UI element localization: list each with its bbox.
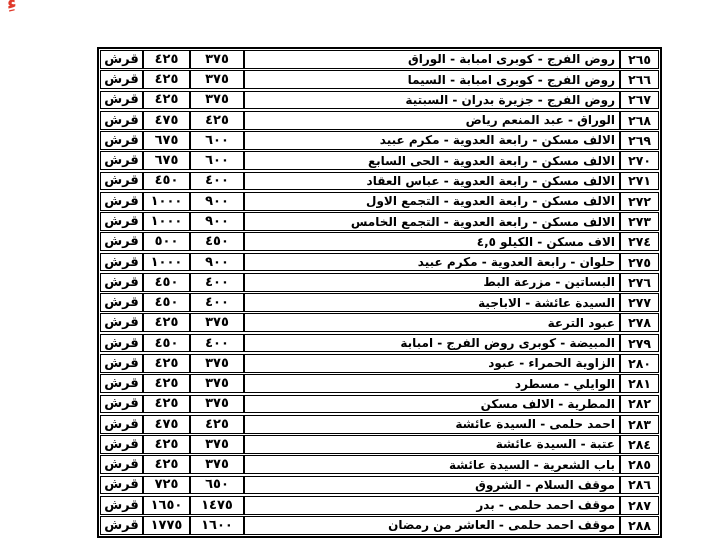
fare-lower-cell: ٣٧٥	[190, 91, 244, 110]
table-row: ٢٨١الوايلي - مسطرد٣٧٥٤٢٥قرش	[100, 374, 659, 393]
route-number-cell: ٢٧٦	[620, 273, 659, 292]
route-name-cell: باب الشعرية - السيدة عائشة	[244, 455, 620, 474]
table-row: ٢٦٨الوراق - عبد المنعم رياض٤٢٥٤٧٥قرش	[100, 111, 659, 130]
fare-lower-cell: ٤٠٠	[190, 172, 244, 191]
fare-higher-cell: ٤٥٠	[143, 334, 190, 353]
route-number-cell: ٢٧٨	[620, 313, 659, 332]
table-row: ٢٧١الالف مسكن - رابعة العدوية - عباس الع…	[100, 172, 659, 191]
route-name-cell: الالف مسكن - رابعة العدوية - عباس العقاد	[244, 172, 620, 191]
route-name-cell: روض الفرج - كوبرى امبابة - السيما	[244, 70, 620, 89]
fare-lower-cell: ٣٧٥	[190, 50, 244, 69]
route-number-cell: ٢٦٩	[620, 131, 659, 150]
route-number-cell: ٢٨٢	[620, 395, 659, 414]
fare-unit-cell: قرش	[100, 50, 143, 69]
fare-unit-cell: قرش	[100, 151, 143, 170]
route-number-cell: ٢٨١	[620, 374, 659, 393]
fare-higher-cell: ١٠٠٠	[143, 192, 190, 211]
fare-unit-cell: قرش	[100, 70, 143, 89]
fare-unit-cell: قرش	[100, 455, 143, 474]
fare-unit-cell: قرش	[100, 395, 143, 414]
fare-higher-cell: ٤٢٥	[143, 313, 190, 332]
table-row: ٢٨٠الزاوية الحمراء - عبود٣٧٥٤٢٥قرش	[100, 354, 659, 373]
route-number-cell: ٢٧٩	[620, 334, 659, 353]
table-row: ٢٦٩الالف مسكن - رابعة العدوية - مكرم عبي…	[100, 131, 659, 150]
fare-lower-cell: ٤٢٥	[190, 415, 244, 434]
fare-lower-cell: ٣٧٥	[190, 374, 244, 393]
route-number-cell: ٢٧٧	[620, 293, 659, 312]
route-number-cell: ٢٨٠	[620, 354, 659, 373]
route-name-cell: الزاوية الحمراء - عبود	[244, 354, 620, 373]
table-row: ٢٦٥روض الفرج - كوبرى امبابة - الوراق٣٧٥٤…	[100, 50, 659, 69]
fare-higher-cell: ٤٢٥	[143, 50, 190, 69]
route-number-cell: ٢٨٣	[620, 415, 659, 434]
fare-lower-cell: ٦٥٠	[190, 476, 244, 495]
fare-lower-cell: ٦٠٠	[190, 131, 244, 150]
fare-lower-cell: ١٦٠٠	[190, 516, 244, 535]
fare-lower-cell: ٩٠٠	[190, 253, 244, 272]
fare-unit-cell: قرش	[100, 212, 143, 231]
route-name-cell: الالف مسكن - رابعة العدوية - التجمع الخا…	[244, 212, 620, 231]
route-name-cell: الوراق - عبد المنعم رياض	[244, 111, 620, 130]
fare-unit-cell: قرش	[100, 516, 143, 535]
route-name-cell: المبيضة - كوبرى روض الفرج - امبابة	[244, 334, 620, 353]
route-number-cell: ٢٧١	[620, 172, 659, 191]
fare-higher-cell: ١٠٠٠	[143, 253, 190, 272]
table-row: ٢٧٣الالف مسكن - رابعة العدوية - التجمع ا…	[100, 212, 659, 231]
route-number-cell: ٢٧٣	[620, 212, 659, 231]
fare-higher-cell: ٧٢٥	[143, 476, 190, 495]
fare-higher-cell: ١٠٠٠	[143, 212, 190, 231]
table-row: ٢٧٨عبود الترعة٣٧٥٤٢٥قرش	[100, 313, 659, 332]
fare-higher-cell: ٤٥٠	[143, 293, 190, 312]
route-number-cell: ٢٨٤	[620, 435, 659, 454]
table-row: ٢٨٦موقف السلام - الشروق٦٥٠٧٢٥قرش	[100, 476, 659, 495]
fare-higher-cell: ٤٢٥	[143, 70, 190, 89]
route-number-cell: ٢٧٥	[620, 253, 659, 272]
fare-lower-cell: ٩٠٠	[190, 212, 244, 231]
table-row: ٢٧٧السيدة عائشة - الاباجية٤٠٠٤٥٠قرش	[100, 293, 659, 312]
table-row: ٢٧٥حلوان - رابعة العدوية - مكرم عبيد٩٠٠١…	[100, 253, 659, 272]
fare-unit-cell: قرش	[100, 334, 143, 353]
route-name-cell: روض الفرج - كوبرى امبابة - الوراق	[244, 50, 620, 69]
fare-unit-cell: قرش	[100, 476, 143, 495]
route-name-cell: البساتين - مزرعة البط	[244, 273, 620, 292]
route-name-cell: عتبة - السيدة عائشة	[244, 435, 620, 454]
route-number-cell: ٢٧٢	[620, 192, 659, 211]
fare-unit-cell: قرش	[100, 91, 143, 110]
route-name-cell: السيدة عائشة - الاباجية	[244, 293, 620, 312]
fare-higher-cell: ٤٧٥	[143, 111, 190, 130]
route-number-cell: ٢٧٤	[620, 232, 659, 251]
route-name-cell: روض الفرج - جزيرة بدران - السبتية	[244, 91, 620, 110]
fare-higher-cell: ٤٢٥	[143, 354, 190, 373]
fare-higher-cell: ١٧٧٥	[143, 516, 190, 535]
fare-lower-cell: ٤٠٠	[190, 293, 244, 312]
fare-higher-cell: ٦٧٥	[143, 151, 190, 170]
fare-lower-cell: ٤٠٠	[190, 334, 244, 353]
route-name-cell: الالف مسكن - رابعة العدوية - مكرم عبيد	[244, 131, 620, 150]
fare-lower-cell: ٩٠٠	[190, 192, 244, 211]
fare-unit-cell: قرش	[100, 131, 143, 150]
route-name-cell: موقف السلام - الشروق	[244, 476, 620, 495]
route-name-cell: موقف احمد حلمى - العاشر من رمضان	[244, 516, 620, 535]
route-number-cell: ٢٨٥	[620, 455, 659, 474]
table-row: ٢٧٤الاف مسكن - الكيلو ٤,٥٤٥٠٥٠٠قرش	[100, 232, 659, 251]
route-name-cell: المطرية - الالف مسكن	[244, 395, 620, 414]
table-row: ٢٨٢المطرية - الالف مسكن٣٧٥٤٢٥قرش	[100, 395, 659, 414]
table-row: ٢٨٥باب الشعرية - السيدة عائشة٣٧٥٤٢٥قرش	[100, 455, 659, 474]
fare-lower-cell: ٣٧٥	[190, 455, 244, 474]
table-row: ٢٨٤عتبة - السيدة عائشة٣٧٥٤٢٥قرش	[100, 435, 659, 454]
route-number-cell: ٢٧٠	[620, 151, 659, 170]
route-name-cell: الالف مسكن - رابعة العدوية - التجمع الاو…	[244, 192, 620, 211]
route-number-cell: ٢٦٦	[620, 70, 659, 89]
fare-higher-cell: ٤٢٥	[143, 435, 190, 454]
table-row: ٢٦٦روض الفرج - كوبرى امبابة - السيما٣٧٥٤…	[100, 70, 659, 89]
fare-higher-cell: ٦٧٥	[143, 131, 190, 150]
route-name-cell: الالف مسكن - رابعة العدوية - الحى السابع	[244, 151, 620, 170]
route-number-cell: ٢٨٨	[620, 516, 659, 535]
fare-unit-cell: قرش	[100, 111, 143, 130]
fare-unit-cell: قرش	[100, 415, 143, 434]
route-name-cell: احمد حلمى - السيدة عائشة	[244, 415, 620, 434]
fare-unit-cell: قرش	[100, 232, 143, 251]
fare-unit-cell: قرش	[100, 253, 143, 272]
fare-lower-cell: ٤٠٠	[190, 273, 244, 292]
fare-lower-cell: ٣٧٥	[190, 70, 244, 89]
route-name-cell: عبود الترعة	[244, 313, 620, 332]
route-name-cell: الوايلي - مسطرد	[244, 374, 620, 393]
fare-unit-cell: قرش	[100, 354, 143, 373]
fare-higher-cell: ٥٠٠	[143, 232, 190, 251]
fare-higher-cell: ٤٢٥	[143, 374, 190, 393]
table-row: ٢٨٧موقف احمد حلمى - بدر١٤٧٥١٦٥٠قرش	[100, 496, 659, 515]
fare-unit-cell: قرش	[100, 496, 143, 515]
fare-table-body: ٢٦٥روض الفرج - كوبرى امبابة - الوراق٣٧٥٤…	[97, 47, 662, 538]
fare-higher-cell: ٤٥٠	[143, 172, 190, 191]
route-number-cell: ٢٦٨	[620, 111, 659, 130]
table-row: ٢٨٣احمد حلمى - السيدة عائشة٤٢٥٤٧٥قرش	[100, 415, 659, 434]
fare-higher-cell: ٤٥٠	[143, 273, 190, 292]
table-row: ٢٦٧روض الفرج - جزيرة بدران - السبتية٣٧٥٤…	[100, 91, 659, 110]
fare-higher-cell: ٤٧٥	[143, 415, 190, 434]
fare-lower-cell: ٣٧٥	[190, 313, 244, 332]
route-number-cell: ٢٨٧	[620, 496, 659, 515]
fare-unit-cell: قرش	[100, 192, 143, 211]
table-row: ٢٨٨موقف احمد حلمى - العاشر من رمضان١٦٠٠١…	[100, 516, 659, 535]
fare-unit-cell: قرش	[100, 273, 143, 292]
fare-lower-cell: ٦٠٠	[190, 151, 244, 170]
table-row: ٢٧٠الالف مسكن - رابعة العدوية - الحى الس…	[100, 151, 659, 170]
fare-lower-cell: ٣٧٥	[190, 354, 244, 373]
table-row: ٢٧٩المبيضة - كوبرى روض الفرج - امبابة٤٠٠…	[100, 334, 659, 353]
table-row: ٢٧٢الالف مسكن - رابعة العدوية - التجمع ا…	[100, 192, 659, 211]
fare-unit-cell: قرش	[100, 435, 143, 454]
route-name-cell: حلوان - رابعة العدوية - مكرم عبيد	[244, 253, 620, 272]
route-name-cell: موقف احمد حلمى - بدر	[244, 496, 620, 515]
route-name-cell: الاف مسكن - الكيلو ٤,٥	[244, 232, 620, 251]
fare-unit-cell: قرش	[100, 293, 143, 312]
fare-lower-cell: ٤٥٠	[190, 232, 244, 251]
fare-lower-cell: ٣٧٥	[190, 395, 244, 414]
fare-unit-cell: قرش	[100, 374, 143, 393]
fare-higher-cell: ٤٢٥	[143, 455, 190, 474]
fare-higher-cell: ٤٢٥	[143, 395, 190, 414]
fare-lower-cell: ٤٢٥	[190, 111, 244, 130]
fare-lower-cell: ١٤٧٥	[190, 496, 244, 515]
table-row: ٢٧٦البساتين - مزرعة البط٤٠٠٤٥٠قرش	[100, 273, 659, 292]
fare-unit-cell: قرش	[100, 172, 143, 191]
route-number-cell: ٢٦٧	[620, 91, 659, 110]
red-ink-annotation: ءِ	[7, 0, 17, 13]
fare-lower-cell: ٣٧٥	[190, 435, 244, 454]
route-number-cell: ٢٨٦	[620, 476, 659, 495]
fare-higher-cell: ١٦٥٠	[143, 496, 190, 515]
fare-unit-cell: قرش	[100, 313, 143, 332]
fare-higher-cell: ٤٢٥	[143, 91, 190, 110]
document-page: ءِ ٢٦٥روض الفرج - كوبرى امبابة - الوراق٣…	[0, 0, 720, 559]
route-number-cell: ٢٦٥	[620, 50, 659, 69]
